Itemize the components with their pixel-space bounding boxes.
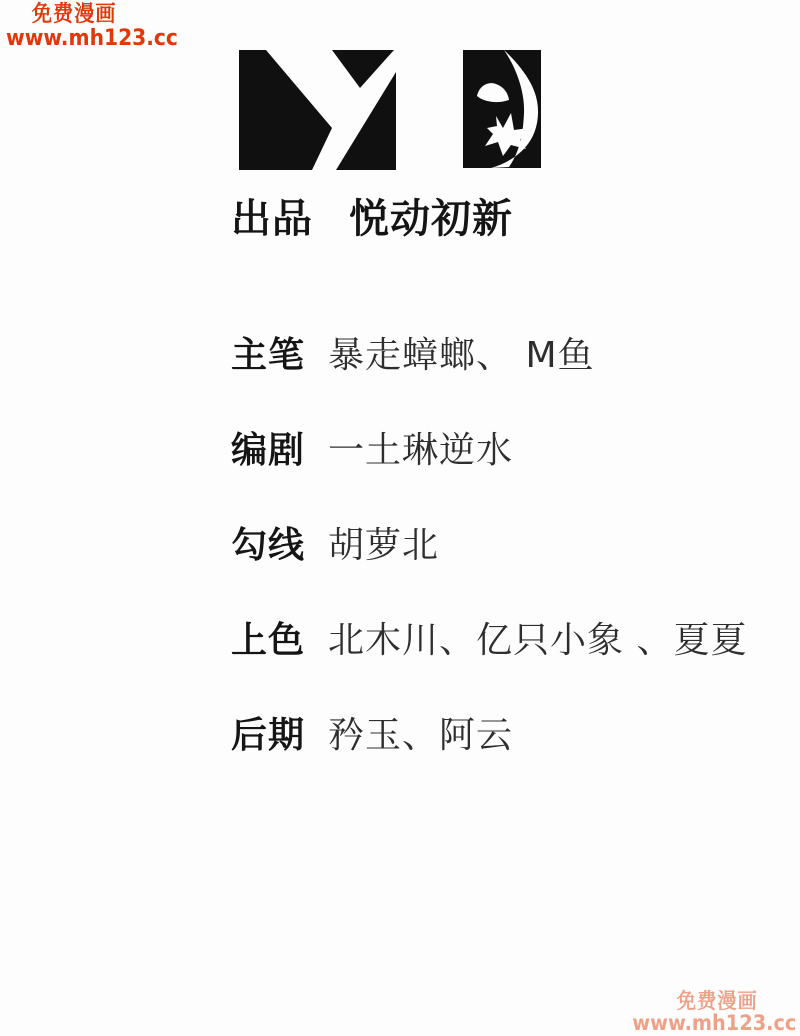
watermark-site-name: 免费漫画 xyxy=(632,990,796,1012)
credit-row-main-artist: 主笔 暴走蟑螂、 M鱼 xyxy=(231,327,747,378)
credit-role-label: 主笔 xyxy=(231,327,305,378)
producer-studio-name: 悦动初新 xyxy=(349,187,513,244)
credit-names: 矜玉、阿云 xyxy=(328,707,513,758)
producer-label: 出品 xyxy=(231,187,313,244)
producer-line: 出品 悦动初新 xyxy=(231,187,513,244)
credits-page: 免费漫画 www.mh123.cc 出品 悦动初新 主笔 暴走蟑螂、 M鱼 xyxy=(0,0,800,1036)
watermark-site-name: 免费漫画 xyxy=(6,3,178,27)
watermark-site-url: www.mh123.cc xyxy=(6,27,178,51)
credit-role-label: 勾线 xyxy=(231,517,305,568)
credit-role-label: 编剧 xyxy=(231,422,305,473)
credits-list: 主笔 暴走蟑螂、 M鱼 编剧 一土琳逆水 勾线 胡萝北 上色 北木川、亿只小象 … xyxy=(231,327,747,802)
credit-row-screenwriter: 编剧 一土琳逆水 xyxy=(231,422,747,473)
watermark-bottom-right: 免费漫画 www.mh123.cc xyxy=(632,990,796,1034)
credit-row-post-production: 后期 矜玉、阿云 xyxy=(231,707,747,758)
credit-row-coloring: 上色 北木川、亿只小象 、夏夏 xyxy=(231,612,747,663)
cat-face-d-icon xyxy=(463,50,541,168)
watermark-top-left: 免费漫画 www.mh123.cc xyxy=(6,3,178,51)
yd-monogram-icon xyxy=(239,50,396,170)
credit-row-lineart: 勾线 胡萝北 xyxy=(231,517,747,568)
credit-role-label: 后期 xyxy=(231,707,305,758)
credit-names: 北木川、亿只小象 、夏夏 xyxy=(328,612,747,663)
credit-names: 暴走蟑螂、 M鱼 xyxy=(328,327,595,378)
credit-role-label: 上色 xyxy=(231,612,305,663)
credit-names: 一土琳逆水 xyxy=(328,422,513,473)
watermark-site-url: www.mh123.cc xyxy=(632,1012,796,1034)
studio-logo xyxy=(239,50,541,170)
credit-names: 胡萝北 xyxy=(328,517,439,568)
